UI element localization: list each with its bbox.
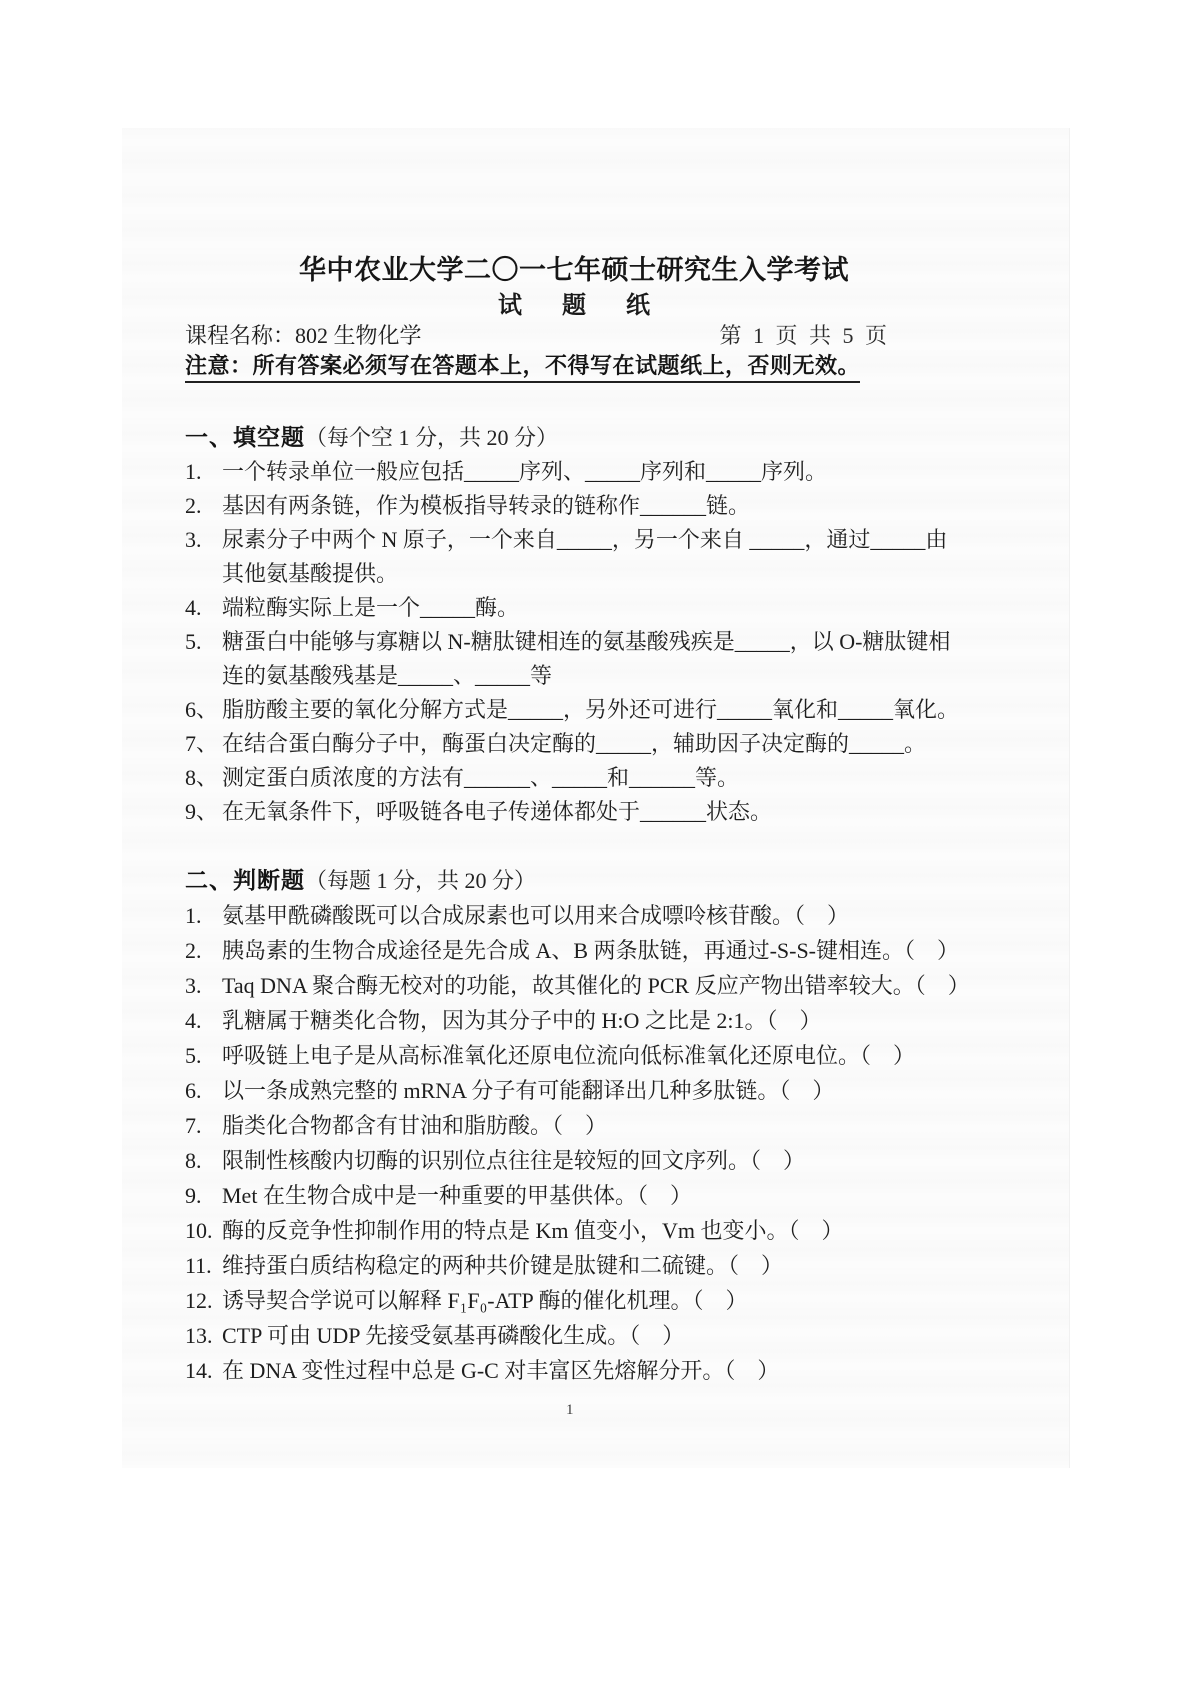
exam-title: 华中农业大学二〇一七年硕士研究生入学考试: [185, 254, 1075, 286]
item-number: 6.: [185, 1073, 222, 1108]
item-text: 胰岛素的生物合成途径是先合成 A、B 两条肽链，再通过-S-S-键相连。（ ）: [222, 933, 1075, 968]
question-item: 7.脂类化合物都含有甘油和脂肪酸。（ ）: [185, 1108, 1075, 1143]
item-text: 维持蛋白质结构稳定的两种共价键是肽键和二硫键。（ ）: [222, 1248, 1075, 1283]
item-text: 端粒酶实际上是一个_____酶。: [222, 591, 1075, 625]
item-number: 2.: [185, 933, 222, 968]
item-number: 9.: [185, 1178, 222, 1213]
true-false-question-list: 1.氨基甲酰磷酸既可以合成尿素也可以用来合成嘌呤核苷酸。（ ） 2.胰岛素的生物…: [185, 898, 1075, 1388]
item-number: 11.: [185, 1248, 222, 1283]
meta-row: 课程名称：802 生物化学 第 1 页 共 5 页: [185, 323, 890, 349]
item-number: 5.: [185, 625, 222, 693]
item-text: 在 DNA 变性过程中总是 G-C 对丰富区先熔解分开。（ ）: [222, 1353, 1075, 1388]
section-label: 二、判断题: [185, 867, 305, 893]
section-heading-true-false: 二、判断题（每题 1 分，共 20 分）: [185, 863, 1075, 898]
question-item: 8.限制性核酸内切酶的识别位点往往是较短的回文序列。（ ）: [185, 1143, 1075, 1178]
question-item: 13.CTP 可由 UDP 先接受氨基再磷酸化生成。（ ）: [185, 1318, 1075, 1353]
item-number: 7、: [185, 727, 222, 761]
item-text: 尿素分子中两个 N 原子，一个来自_____，另一个来自 _____，通过___…: [222, 523, 1075, 591]
item-text: 一个转录单位一般应包括_____序列、_____序列和_____序列。: [222, 455, 1075, 489]
item-number: 3.: [185, 968, 222, 1003]
item-text: 脂类化合物都含有甘油和脂肪酸。（ ）: [222, 1108, 1075, 1143]
course-name: 课程名称：802 生物化学: [185, 323, 422, 349]
question-item: 1.一个转录单位一般应包括_____序列、_____序列和_____序列。: [185, 455, 1075, 489]
item-text: Taq DNA 聚合酶无校对的功能，故其催化的 PCR 反应产物出错率较大。（ …: [222, 968, 1075, 1003]
exam-paper: 华中农业大学二〇一七年硕士研究生入学考试 试题纸 课程名称：802 生物化学 第…: [185, 254, 1075, 1388]
item-text: 糖蛋白中能够与寡糖以 N-糖肽键相连的氨基酸残疾是_____，以 O-糖肽键相连…: [222, 625, 1075, 693]
item-text: CTP 可由 UDP 先接受氨基再磷酸化生成。（ ）: [222, 1318, 1075, 1353]
section-heading-fill-blank: 一、填空题（每个空 1 分，共 20 分）: [185, 420, 1075, 455]
question-item: 5.呼吸链上电子是从高标准氧化还原电位流向低标准氧化还原电位。（ ）: [185, 1038, 1075, 1073]
question-item: 4.端粒酶实际上是一个_____酶。: [185, 591, 1075, 625]
question-item: 6.以一条成熟完整的 mRNA 分子有可能翻译出几种多肽链。（ ）: [185, 1073, 1075, 1108]
item-text: Met 在生物合成中是一种重要的甲基供体。（ ）: [222, 1178, 1075, 1213]
item-text: 在结合蛋白酶分子中，酶蛋白决定酶的_____，辅助因子决定酶的_____。: [222, 727, 1075, 761]
item-number: 4.: [185, 591, 222, 625]
item-number: 3.: [185, 523, 222, 591]
question-item: 5.糖蛋白中能够与寡糖以 N-糖肽键相连的氨基酸残疾是_____，以 O-糖肽键…: [185, 625, 1075, 693]
section-points: （每题 1 分，共 20 分）: [305, 868, 536, 893]
section-points: （每个空 1 分，共 20 分）: [305, 425, 558, 450]
question-item: 9、在无氧条件下，呼吸链各电子传递体都处于______状态。: [185, 795, 1075, 829]
item-number: 1.: [185, 455, 222, 489]
question-item: 2.基因有两条链，作为模板指导转录的链称作______链。: [185, 489, 1075, 523]
question-item: 9.Met 在生物合成中是一种重要的甲基供体。（ ）: [185, 1178, 1075, 1213]
item-text: 限制性核酸内切酶的识别位点往往是较短的回文序列。（ ）: [222, 1143, 1075, 1178]
page-number: 1: [566, 1402, 574, 1418]
item-number: 14.: [185, 1353, 222, 1388]
question-item: 8、测定蛋白质浓度的方法有______、_____和______等。: [185, 761, 1075, 795]
question-item: 6、脂肪酸主要的氧化分解方式是_____，另外还可进行_____氧化和_____…: [185, 693, 1075, 727]
item-text: 以一条成熟完整的 mRNA 分子有可能翻译出几种多肽链。（ ）: [222, 1073, 1075, 1108]
paper-subtitle: 试题纸: [185, 291, 1075, 321]
item-number: 1.: [185, 898, 222, 933]
item-number: 7.: [185, 1108, 222, 1143]
question-item: 11.维持蛋白质结构稳定的两种共价键是肽键和二硫键。（ ）: [185, 1248, 1075, 1283]
question-item: 2.胰岛素的生物合成途径是先合成 A、B 两条肽链，再通过-S-S-键相连。（ …: [185, 933, 1075, 968]
item-text: 酶的反竞争性抑制作用的特点是 Km 值变小，Vm 也变小。（ ）: [222, 1213, 1075, 1248]
notice-text: 注意：所有答案必须写在答题本上，不得写在试题纸上，否则无效。: [185, 353, 860, 383]
item-number: 9、: [185, 795, 222, 829]
item-text: 诱导契合学说可以解释 F₁F₀-ATP 酶的催化机理。（ ）: [222, 1283, 1075, 1318]
question-item: 10.酶的反竞争性抑制作用的特点是 Km 值变小，Vm 也变小。（ ）: [185, 1213, 1075, 1248]
fill-blank-question-list: 1.一个转录单位一般应包括_____序列、_____序列和_____序列。 2.…: [185, 455, 1075, 829]
item-number: 8.: [185, 1143, 222, 1178]
question-item: 3.Taq DNA 聚合酶无校对的功能，故其催化的 PCR 反应产物出错率较大。…: [185, 968, 1075, 1003]
question-item: 12.诱导契合学说可以解释 F₁F₀-ATP 酶的催化机理。（ ）: [185, 1283, 1075, 1318]
item-number: 8、: [185, 761, 222, 795]
item-number: 5.: [185, 1038, 222, 1073]
item-text: 氨基甲酰磷酸既可以合成尿素也可以用来合成嘌呤核苷酸。（ ）: [222, 898, 1075, 933]
item-text: 测定蛋白质浓度的方法有______、_____和______等。: [222, 761, 1075, 795]
question-item: 14.在 DNA 变性过程中总是 G-C 对丰富区先熔解分开。（ ）: [185, 1353, 1075, 1388]
item-text: 脂肪酸主要的氧化分解方式是_____，另外还可进行_____氧化和_____氧化…: [222, 693, 1075, 727]
item-text: 在无氧条件下，呼吸链各电子传递体都处于______状态。: [222, 795, 1075, 829]
notice-wrap: 注意：所有答案必须写在答题本上，不得写在试题纸上，否则无效。: [185, 353, 1075, 383]
item-number: 13.: [185, 1318, 222, 1353]
question-item: 3.尿素分子中两个 N 原子，一个来自_____，另一个来自 _____，通过_…: [185, 523, 1075, 591]
page-indicator: 第 1 页 共 5 页: [719, 323, 890, 349]
item-text: 呼吸链上电子是从高标准氧化还原电位流向低标准氧化还原电位。（ ）: [222, 1038, 1075, 1073]
item-number: 10.: [185, 1213, 222, 1248]
question-item: 7、在结合蛋白酶分子中，酶蛋白决定酶的_____，辅助因子决定酶的_____。: [185, 727, 1075, 761]
question-item: 1.氨基甲酰磷酸既可以合成尿素也可以用来合成嘌呤核苷酸。（ ）: [185, 898, 1075, 933]
item-number: 6、: [185, 693, 222, 727]
item-number: 12.: [185, 1283, 222, 1318]
item-number: 4.: [185, 1003, 222, 1038]
item-text: 乳糖属于糖类化合物，因为其分子中的 H:O 之比是 2:1。（ ）: [222, 1003, 1075, 1038]
question-item: 4.乳糖属于糖类化合物，因为其分子中的 H:O 之比是 2:1。（ ）: [185, 1003, 1075, 1038]
section-label: 一、填空题: [185, 424, 305, 450]
item-number: 2.: [185, 489, 222, 523]
item-text: 基因有两条链，作为模板指导转录的链称作______链。: [222, 489, 1075, 523]
